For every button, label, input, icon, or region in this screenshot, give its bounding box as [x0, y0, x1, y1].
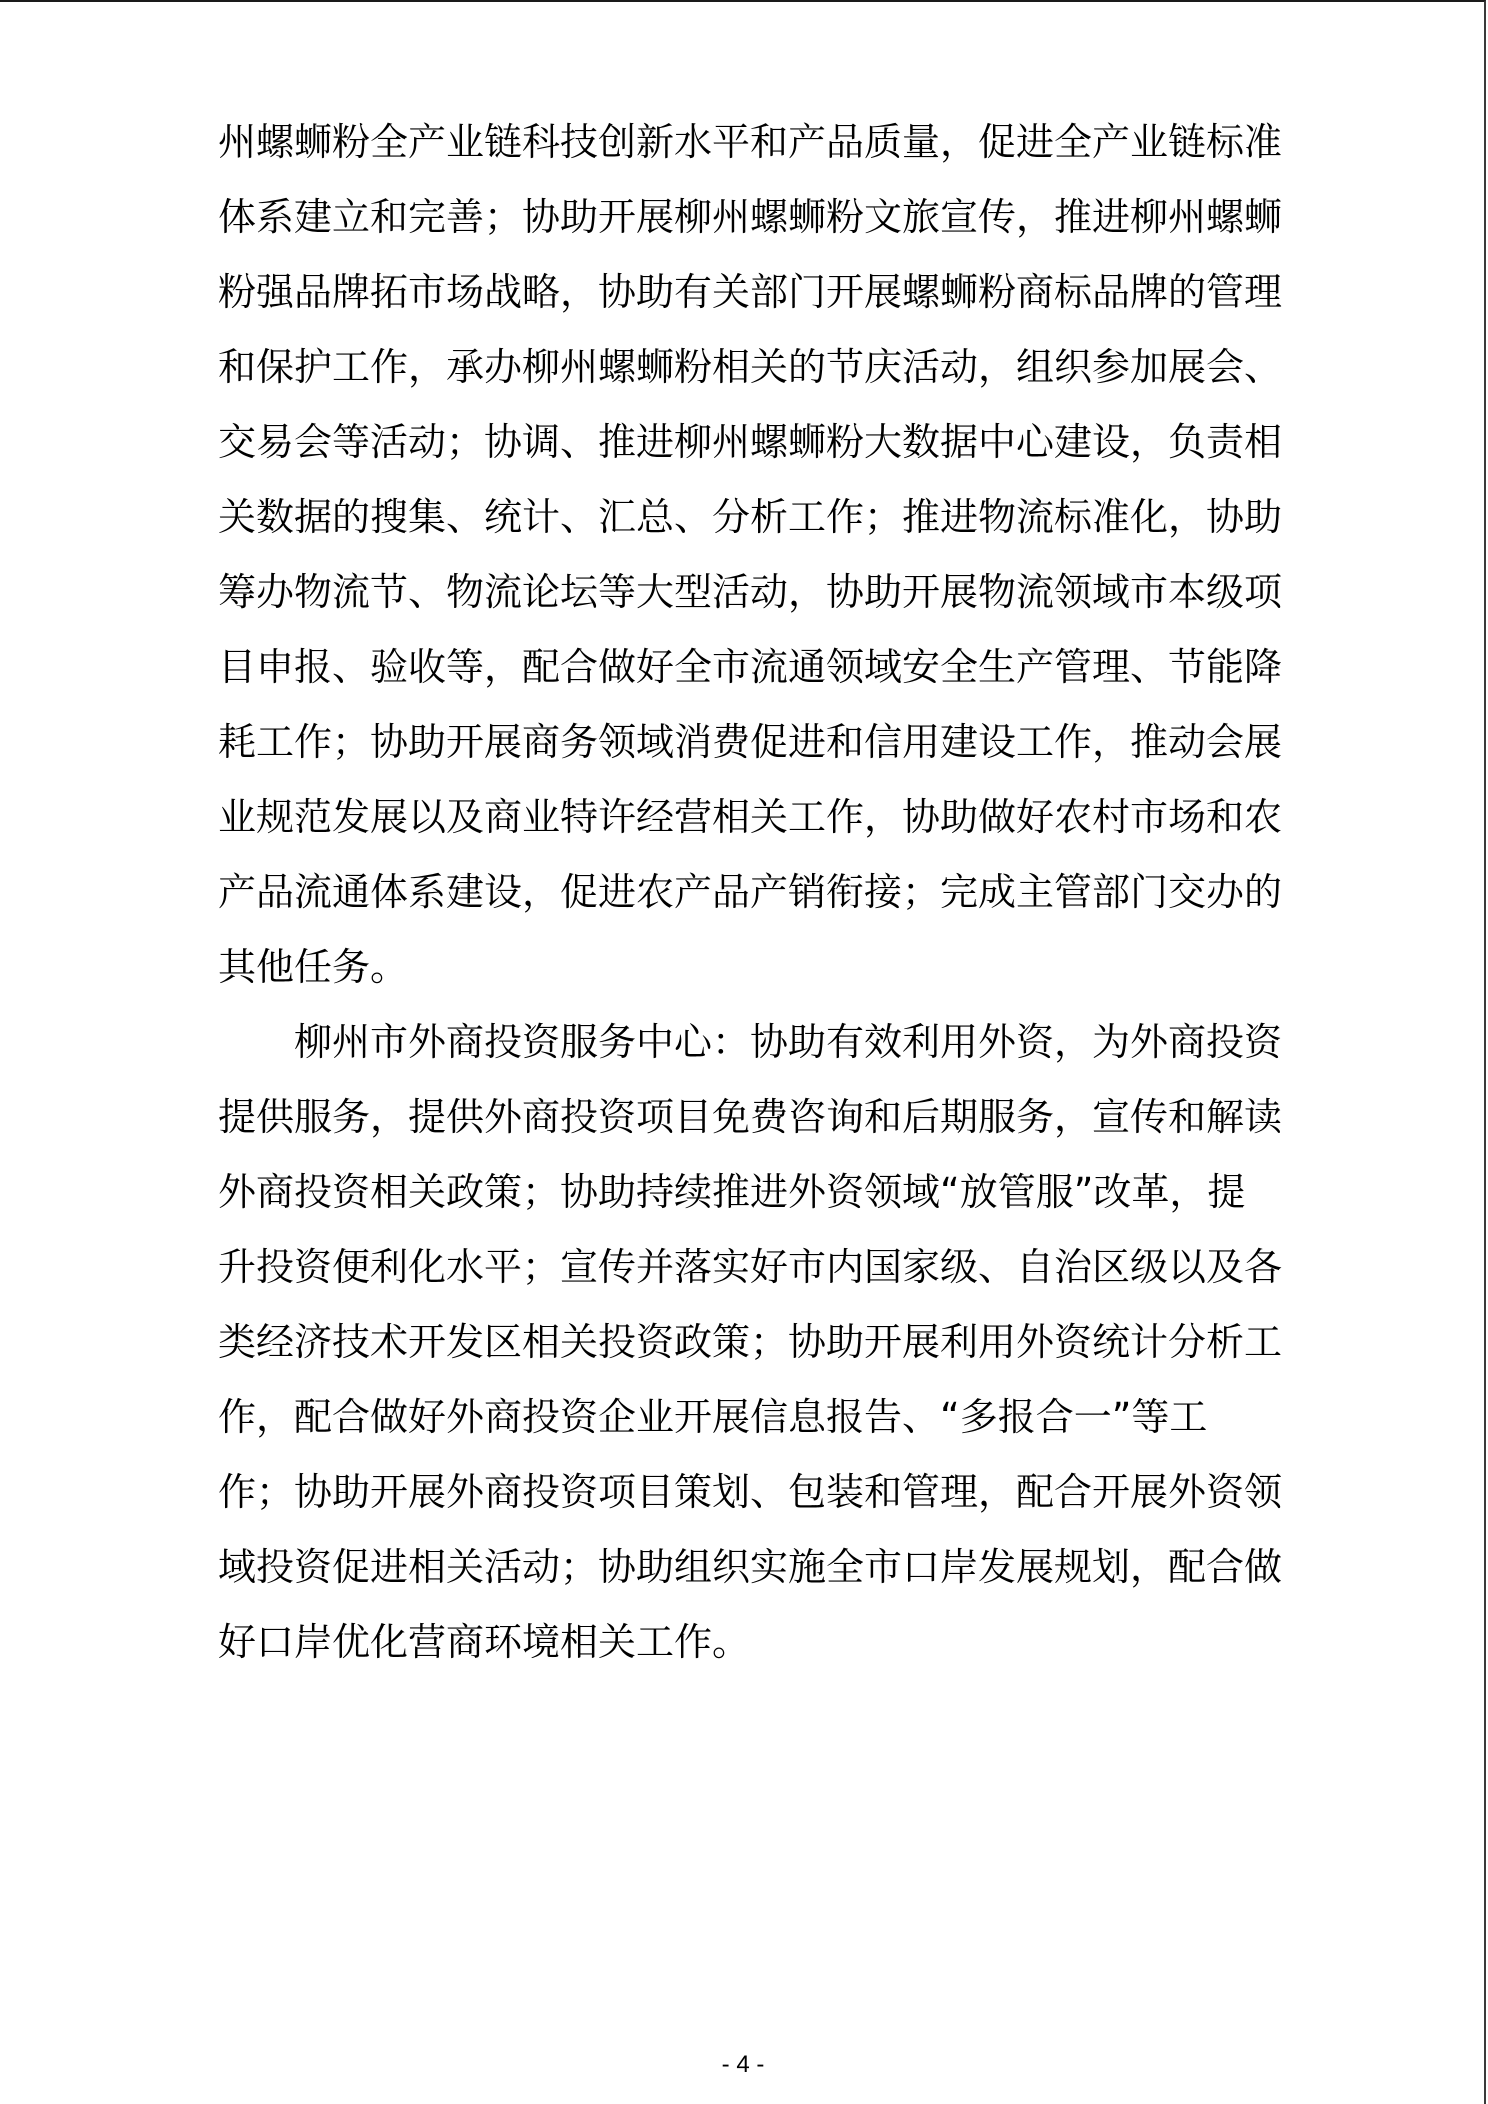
paragraph-2: 柳州市外商投资服务中心：协助有效利用外资，为外商投资 提供服务，提供外商投资项目… — [218, 1005, 1298, 1680]
text-line: 作；协助开展外商投资项目策划、包装和管理，配合开展外资领 — [218, 1455, 1298, 1530]
text-line-first-indented: 柳州市外商投资服务中心：协助有效利用外资，为外商投资 — [218, 1005, 1298, 1080]
text-line: 关数据的搜集、统计、汇总、分析工作；推进物流标准化，协助 — [218, 480, 1298, 555]
text-line: 作，配合做好外商投资企业开展信息报告、“多报合一”等工 — [218, 1380, 1298, 1455]
paragraph-1: 州螺蛳粉全产业链科技创新水平和产品质量，促进全产业链标准 体系建立和完善；协助开… — [218, 105, 1298, 1005]
text-line: 粉强品牌拓市场战略，协助有关部门开展螺蛳粉商标品牌的管理 — [218, 255, 1298, 330]
text-line: 目申报、验收等，配合做好全市流通领域安全生产管理、节能降 — [218, 630, 1298, 705]
text-line: 升投资便利化水平；宣传并落实好市内国家级、自治区级以及各 — [218, 1230, 1298, 1305]
text-line: 和保护工作，承办柳州螺蛳粉相关的节庆活动，组织参加展会、 — [218, 330, 1298, 405]
text-line: 交易会等活动；协调、推进柳州螺蛳粉大数据中心建设，负责相 — [218, 405, 1298, 480]
text-line: 提供服务，提供外商投资项目免费咨询和后期服务，宣传和解读 — [218, 1080, 1298, 1155]
text-line: 州螺蛳粉全产业链科技创新水平和产品质量，促进全产业链标准 — [218, 105, 1298, 180]
document-page: 州螺蛳粉全产业链科技创新水平和产品质量，促进全产业链标准 体系建立和完善；协助开… — [0, 0, 1486, 2104]
text-line: 好口岸优化营商环境相关工作。 — [218, 1605, 1298, 1680]
text-line: 耗工作；协助开展商务领域消费促进和信用建设工作，推动会展 — [218, 705, 1298, 780]
text-line: 筹办物流节、物流论坛等大型活动，协助开展物流领域市本级项 — [218, 555, 1298, 630]
body-text: 州螺蛳粉全产业链科技创新水平和产品质量，促进全产业链标准 体系建立和完善；协助开… — [218, 105, 1298, 1680]
text-line: 体系建立和完善；协助开展柳州螺蛳粉文旅宣传，推进柳州螺蛳 — [218, 180, 1298, 255]
text-line: 业规范发展以及商业特许经营相关工作，协助做好农村市场和农 — [218, 780, 1298, 855]
text-line: 其他任务。 — [218, 930, 1298, 1005]
text-line: 产品流通体系建设，促进农产品产销衔接；完成主管部门交办的 — [218, 855, 1298, 930]
text-line: 外商投资相关政策；协助持续推进外资领域“放管服”改革，提 — [218, 1155, 1298, 1230]
text-line: 类经济技术开发区相关投资政策；协助开展利用外资统计分析工 — [218, 1305, 1298, 1380]
text-line: 域投资促进相关活动；协助组织实施全市口岸发展规划，配合做 — [218, 1530, 1298, 1605]
page-number: - 4 - — [0, 2048, 1486, 2082]
